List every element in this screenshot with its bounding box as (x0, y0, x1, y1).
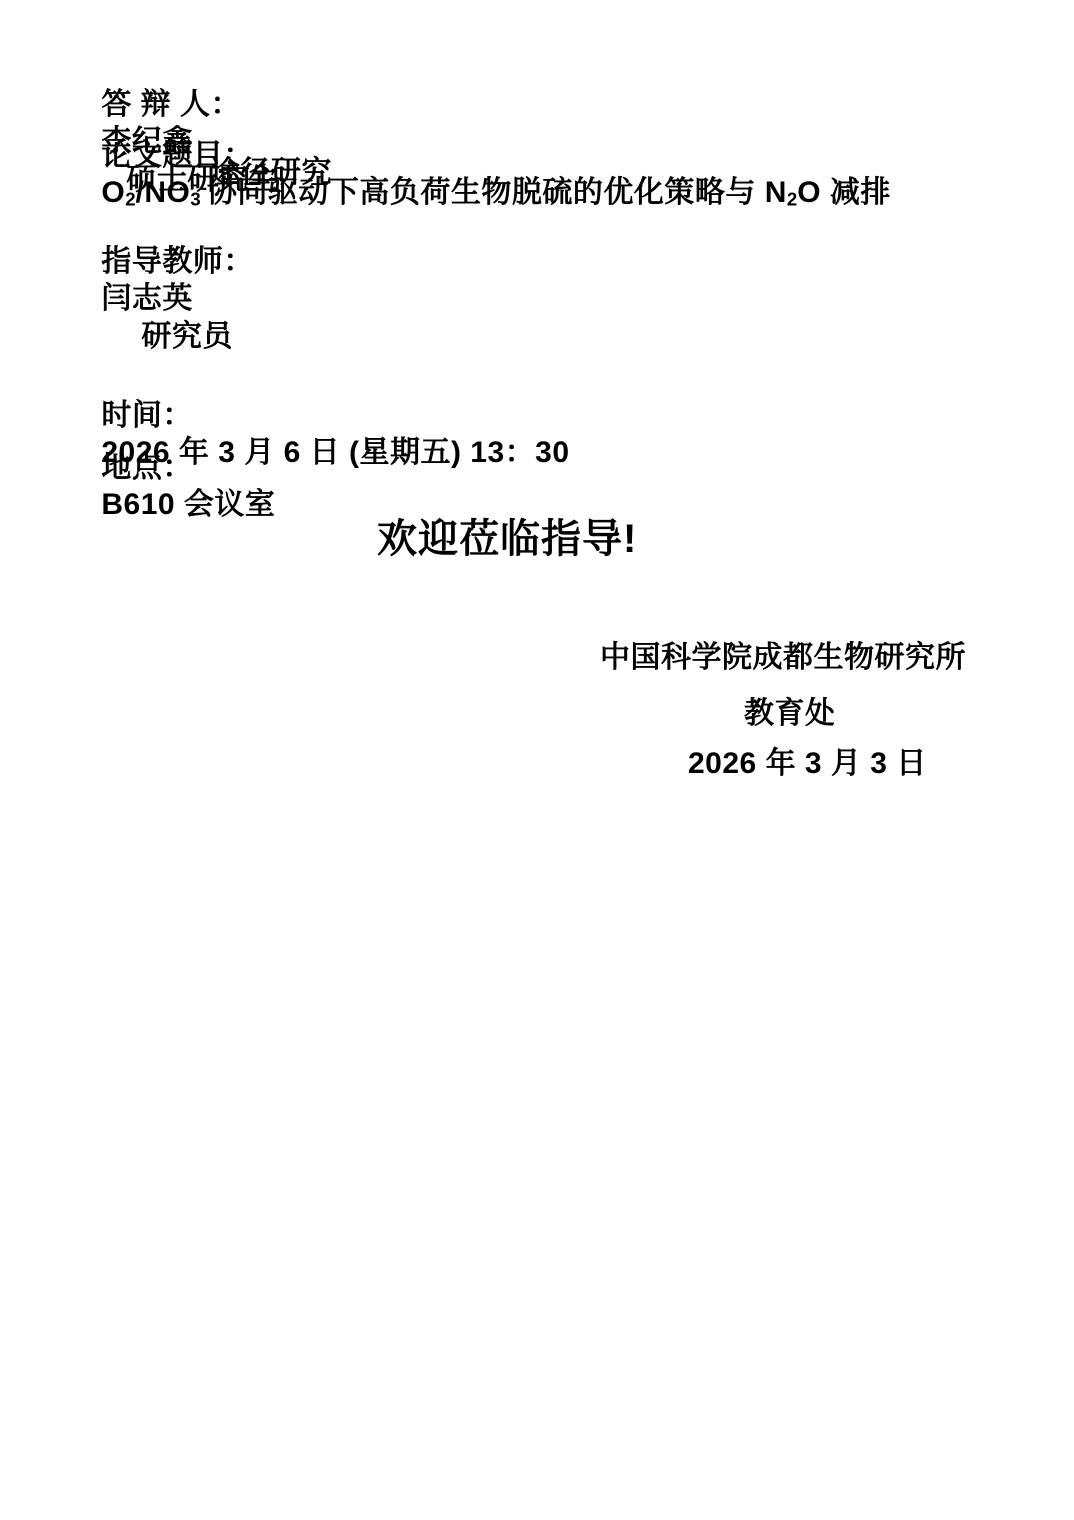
signoff-organization: 中国科学院成都生物研究所 (600, 639, 966, 677)
thesis-title-tail: O 减排 (797, 176, 891, 209)
place-label: 地点： (101, 451, 193, 484)
welcome-message: 欢迎莅临指导! (377, 514, 637, 564)
defense-announcement-page: 答 辩 人： 李纪鑫 硕士研究生 论文题目： O2/NO3-协同驱动下高负荷生物… (0, 0, 1074, 1520)
advisor-label: 指导教师： (101, 245, 254, 278)
place-line: 地点： B610 会议室 (66, 411, 275, 561)
thesis-n2o-subscript: 2 (787, 188, 797, 209)
signoff-department: 教育处 (744, 695, 836, 733)
advisor-name: 闫志英 (101, 282, 193, 315)
advisor-title: 研究员 (141, 320, 233, 353)
thesis-title-line-2: 途径研究 (210, 154, 332, 192)
signoff-date: 2026 年 3 月 3 日 (688, 745, 927, 783)
place-value: B610 会议室 (101, 488, 275, 521)
